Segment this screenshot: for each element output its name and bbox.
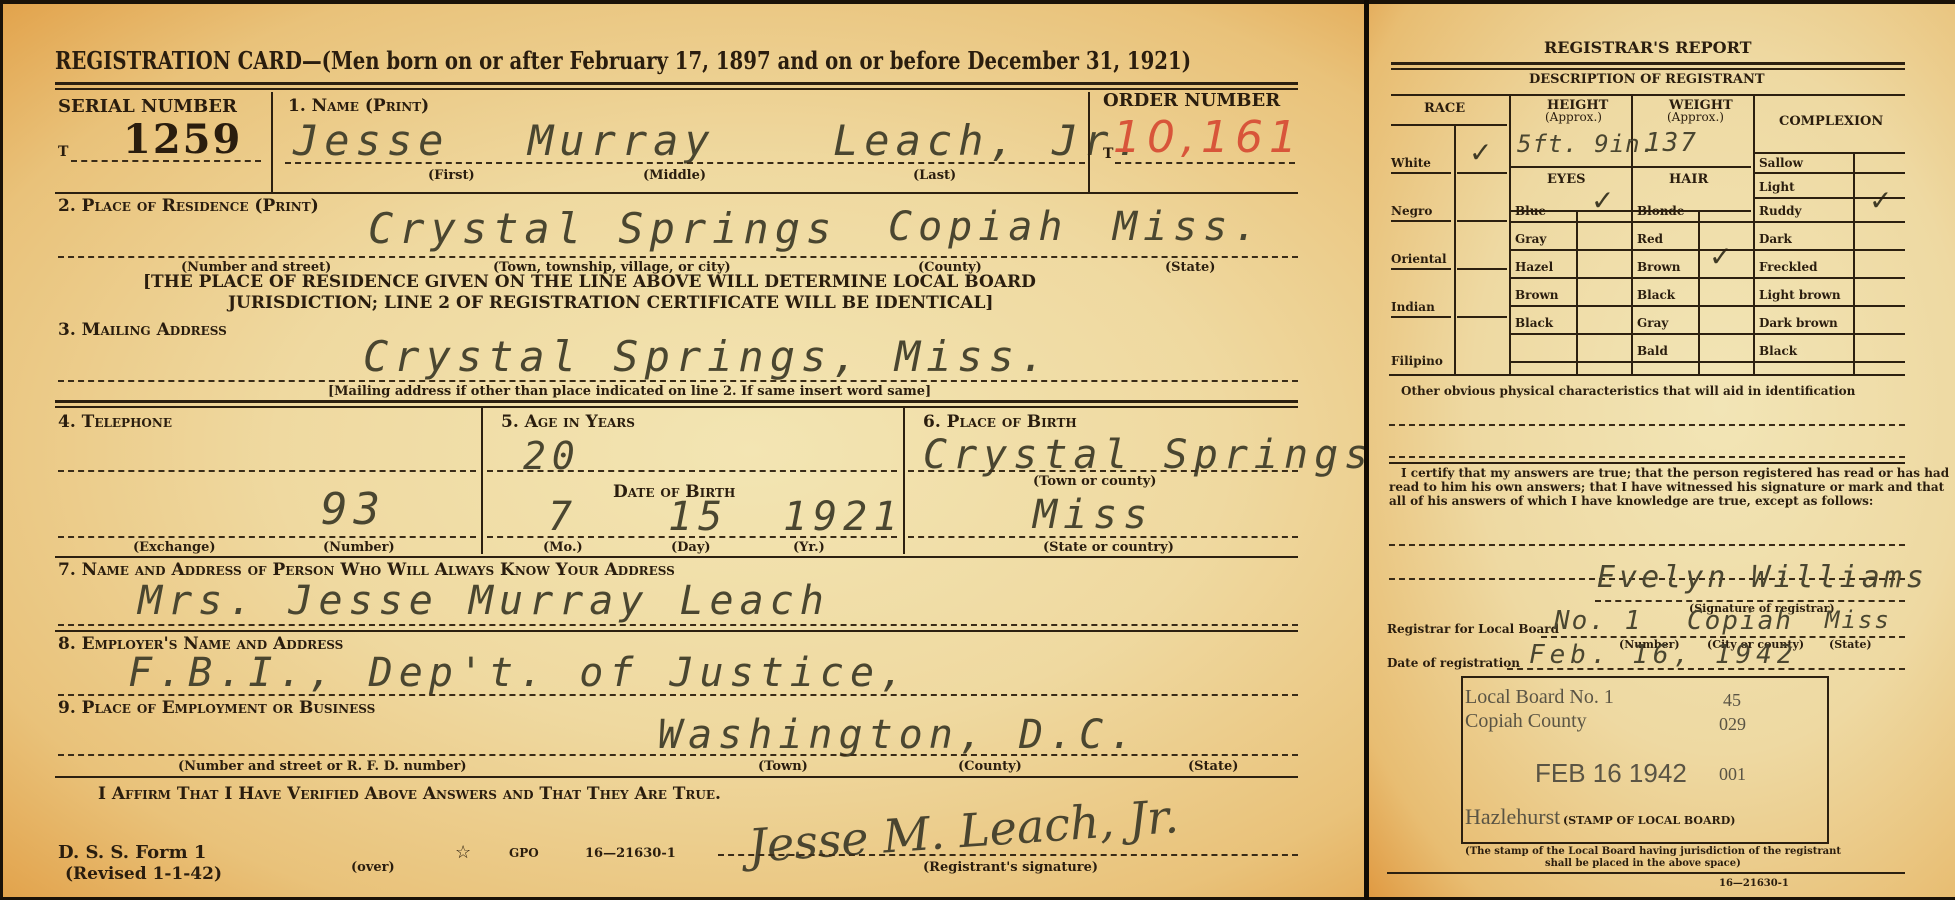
residence-state: Miss. [1113, 204, 1263, 250]
caption-town-county: (Town or county) [1033, 474, 1156, 489]
caption-state-country: (State or country) [1043, 540, 1174, 555]
caption-town: (Town) [758, 759, 808, 774]
stamp-city: Hazlehurst [1465, 804, 1560, 830]
race-white: White [1391, 156, 1431, 170]
complexion-ruddy-check: ✓ [1869, 184, 1892, 217]
serial-prefix: T [58, 144, 68, 160]
complexion-light-brown: Light brown [1759, 288, 1841, 302]
stamp-line2: Copiah County [1465, 710, 1587, 733]
caption-yr: (Yr.) [793, 540, 825, 555]
birthplace-label: 6. Place of Birth [923, 412, 1077, 432]
dob-month: 7 [548, 494, 578, 540]
header-height-approx: (Approx.) [1545, 110, 1602, 124]
card-title: REGISTRATION CARD—(Men born on or after … [55, 46, 1191, 75]
name-first: Jesse [293, 116, 449, 165]
complexion-freckled: Freckled [1759, 260, 1817, 274]
name-middle: Murray [528, 116, 716, 165]
complexion-ruddy: Ruddy [1759, 204, 1801, 218]
registrars-report-card: REGISTRAR'S REPORT DESCRIPTION OF REGIST… [1369, 4, 1955, 897]
date-of-registration-value: Feb. 16, 1942 [1529, 640, 1798, 670]
header-weight-approx: (Approx.) [1667, 110, 1724, 124]
contact-label: 7. Name and Address of Person Who Will A… [58, 560, 675, 580]
residence-town: Crystal Springs [368, 204, 837, 253]
birthplace-state: Miss [1033, 492, 1153, 538]
caption-last: (Last) [913, 168, 956, 183]
complexion-black: Black [1759, 344, 1797, 358]
report-title: REGISTRAR'S REPORT [1544, 38, 1752, 57]
mailing-caption: [Mailing address if other than place ind… [328, 384, 931, 399]
eyes-blue-check: ✓ [1591, 184, 1614, 217]
back-form-number: 16—21630-1 [1719, 878, 1789, 889]
certify-line3: all of his answers of which I have knowl… [1389, 494, 1873, 508]
caption-exchange: (Exchange) [133, 540, 216, 555]
registration-card-front: REGISTRATION CARD—(Men born on or after … [3, 4, 1364, 897]
caption-state: (State) [1188, 759, 1238, 774]
registrar-signature: Evelyn Williams [1597, 560, 1928, 595]
hair-brown: Brown [1637, 260, 1681, 274]
name-label: 1. Name (Print) [288, 96, 429, 116]
local-board-county: Copiah [1687, 606, 1793, 636]
form-id: D. S. S. Form 1 [58, 842, 206, 863]
caption-number: (Number) [323, 540, 395, 555]
eyes-gray: Gray [1515, 232, 1546, 246]
description-subtitle: DESCRIPTION OF REGISTRANT [1529, 72, 1765, 87]
employment-place-label: 9. Place of Employment or Business [58, 698, 375, 718]
local-board-state: Miss [1825, 606, 1891, 634]
dob-day: 15 [668, 494, 728, 540]
hair-bald: Bald [1637, 344, 1668, 358]
signature-caption: (Registrant's signature) [923, 860, 1098, 875]
local-board-label: Registrar for Local Board [1387, 622, 1559, 636]
age-label: 5. Age in Years [501, 412, 635, 432]
eyes-blue: Blue [1515, 204, 1546, 218]
name-last: Leach, Jr. [833, 116, 1146, 165]
residence-notice-line1: [THE PLACE OF RESIDENCE GIVEN ON THE LIN… [143, 272, 1036, 292]
residence-notice-line2: JURISDICTION; LINE 2 OF REGISTRATION CER… [228, 293, 993, 313]
star-icon: ☆ [455, 842, 471, 863]
order-prefix: T [1103, 146, 1113, 162]
race-negro: Negro [1391, 204, 1432, 218]
residence-county: Copiah [888, 204, 1069, 250]
hair-gray: Gray [1637, 316, 1668, 330]
caption-middle: (Middle) [643, 168, 706, 183]
local-board-number: No. 1 [1554, 606, 1642, 636]
eyes-hazel: Hazel [1515, 260, 1553, 274]
stamp-code1: 45 [1723, 690, 1741, 711]
header-hair: HAIR [1669, 172, 1708, 187]
complexion-light: Light [1759, 180, 1795, 194]
caption-state: (State) [1165, 260, 1215, 275]
employer-value: F.B.I., Dep't. of Justice, [128, 650, 910, 696]
dob-year: 1921 [783, 494, 903, 540]
hair-blonde: Blonde [1637, 204, 1684, 218]
mailing-label: 3. Mailing Address [58, 320, 227, 340]
certify-line1: I certify that my answers are true; that… [1401, 466, 1949, 480]
telephone-number: 93 [321, 484, 386, 535]
caption-county: (County) [958, 759, 1022, 774]
stamp-line1: Local Board No. 1 [1465, 686, 1614, 709]
local-board-stamp: Local Board No. 1 Copiah County 45 029 F… [1461, 676, 1829, 844]
height-value: 5ft. 9in. [1517, 130, 1656, 158]
race-oriental: Oriental [1391, 252, 1447, 266]
order-number-label: ORDER NUMBER [1103, 90, 1280, 111]
complexion-sallow: Sallow [1759, 156, 1803, 170]
caption-board-state: (State) [1829, 638, 1872, 651]
weight-value: 137 [1645, 128, 1698, 158]
order-number-value: 10,161 [1113, 112, 1303, 163]
telephone-label: 4. Telephone [58, 412, 172, 432]
serial-number-value: 1259 [123, 116, 242, 163]
hair-black: Black [1637, 288, 1675, 302]
stamp-note-line1: (The stamp of the Local Board having jur… [1465, 846, 1841, 857]
over-text: (over) [351, 860, 395, 875]
stamp-date: FEB 16 1942 [1535, 758, 1687, 789]
certify-line2: read to him his own answers; that I have… [1389, 480, 1944, 494]
form-revised: (Revised 1-1-42) [65, 864, 222, 884]
stamp-code3: 001 [1719, 764, 1746, 785]
header-eyes: EYES [1547, 172, 1586, 187]
date-of-registration-label: Date of registration [1387, 656, 1520, 670]
caption-mo: (Mo.) [543, 540, 583, 555]
stamp-code2: 029 [1719, 714, 1746, 735]
caption-rfd: (Number and street or R. F. D. number) [178, 759, 466, 774]
other-characteristics-label: Other obvious physical characteristics t… [1401, 384, 1855, 398]
stamp-note-line2: shall be placed in the above space) [1545, 858, 1741, 869]
contact-value: Mrs. Jesse Murray Leach [138, 578, 830, 624]
affirmation-text: I Affirm That I Have Verified Above Answ… [98, 784, 721, 804]
race-filipino: Filipino [1391, 354, 1443, 368]
serial-number-label: SERIAL NUMBER [58, 96, 237, 117]
stamp-label: (STAMP OF LOCAL BOARD) [1563, 814, 1735, 827]
header-race: RACE [1424, 101, 1465, 116]
caption-day: (Day) [671, 540, 711, 555]
hair-brown-check: ✓ [1709, 240, 1732, 273]
gpo-number: 16—21630-1 [585, 846, 676, 861]
mailing-value: Crystal Springs, Miss. [363, 332, 1051, 381]
caption-first: (First) [428, 168, 475, 183]
complexion-dark: Dark [1759, 232, 1792, 246]
gpo-text: GPO [509, 846, 539, 860]
residence-label: 2. Place of Residence (Print) [58, 196, 319, 216]
race-white-check: ✓ [1469, 136, 1492, 169]
header-complexion: COMPLEXION [1779, 114, 1883, 129]
hair-red: Red [1637, 232, 1663, 246]
complexion-dark-brown: Dark brown [1759, 316, 1838, 330]
employment-place-value: Washington, D.C. [658, 712, 1139, 758]
eyes-brown: Brown [1515, 288, 1559, 302]
eyes-black: Black [1515, 316, 1553, 330]
race-indian: Indian [1391, 300, 1435, 314]
